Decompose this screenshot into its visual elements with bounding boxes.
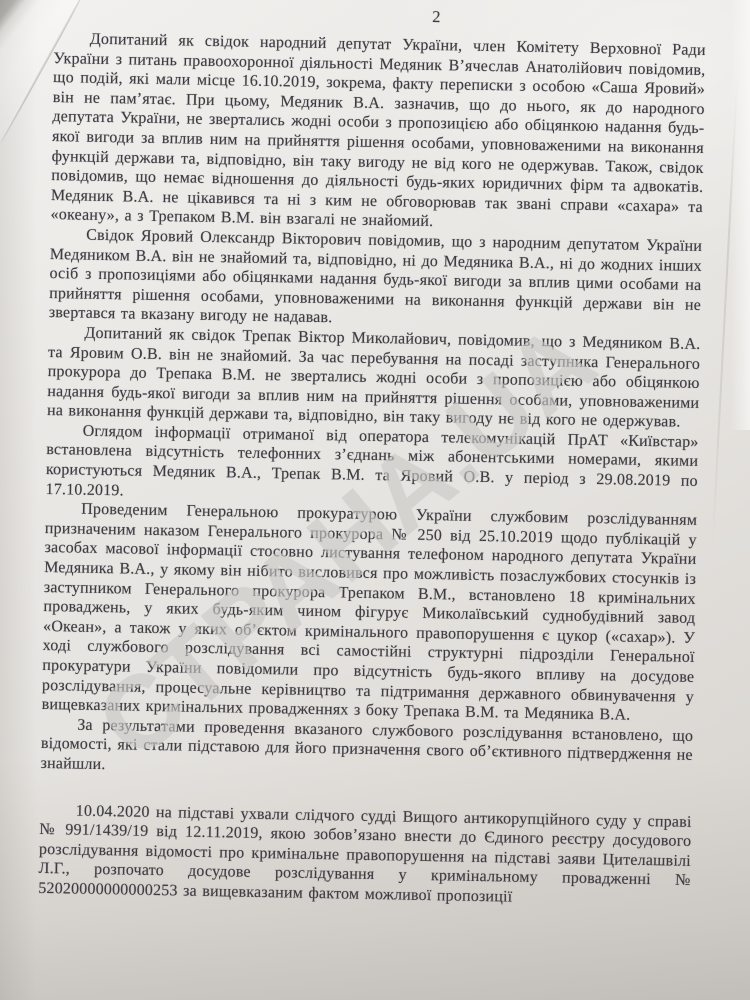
paragraph: Допитаний як свідок Трепак Віктор Микола… xyxy=(47,323,701,433)
page-number: 2 xyxy=(110,1,750,33)
paragraph: За результатами проведення вказаного слу… xyxy=(40,715,693,786)
paragraph: Проведеним Генеральною прокуратурою Укра… xyxy=(41,499,697,726)
document-photo: 2 Допитаний як свідок народний депутат У… xyxy=(0,0,750,1000)
paragraph: Свідок Яровий Олександр Вікторович повід… xyxy=(49,225,703,335)
paragraph: 10.04.2020 на підставі ухвали слідчого с… xyxy=(38,800,692,910)
paper-edge-highlight xyxy=(730,0,750,430)
paragraph: Оглядом інформації отриманої від операто… xyxy=(45,421,698,511)
